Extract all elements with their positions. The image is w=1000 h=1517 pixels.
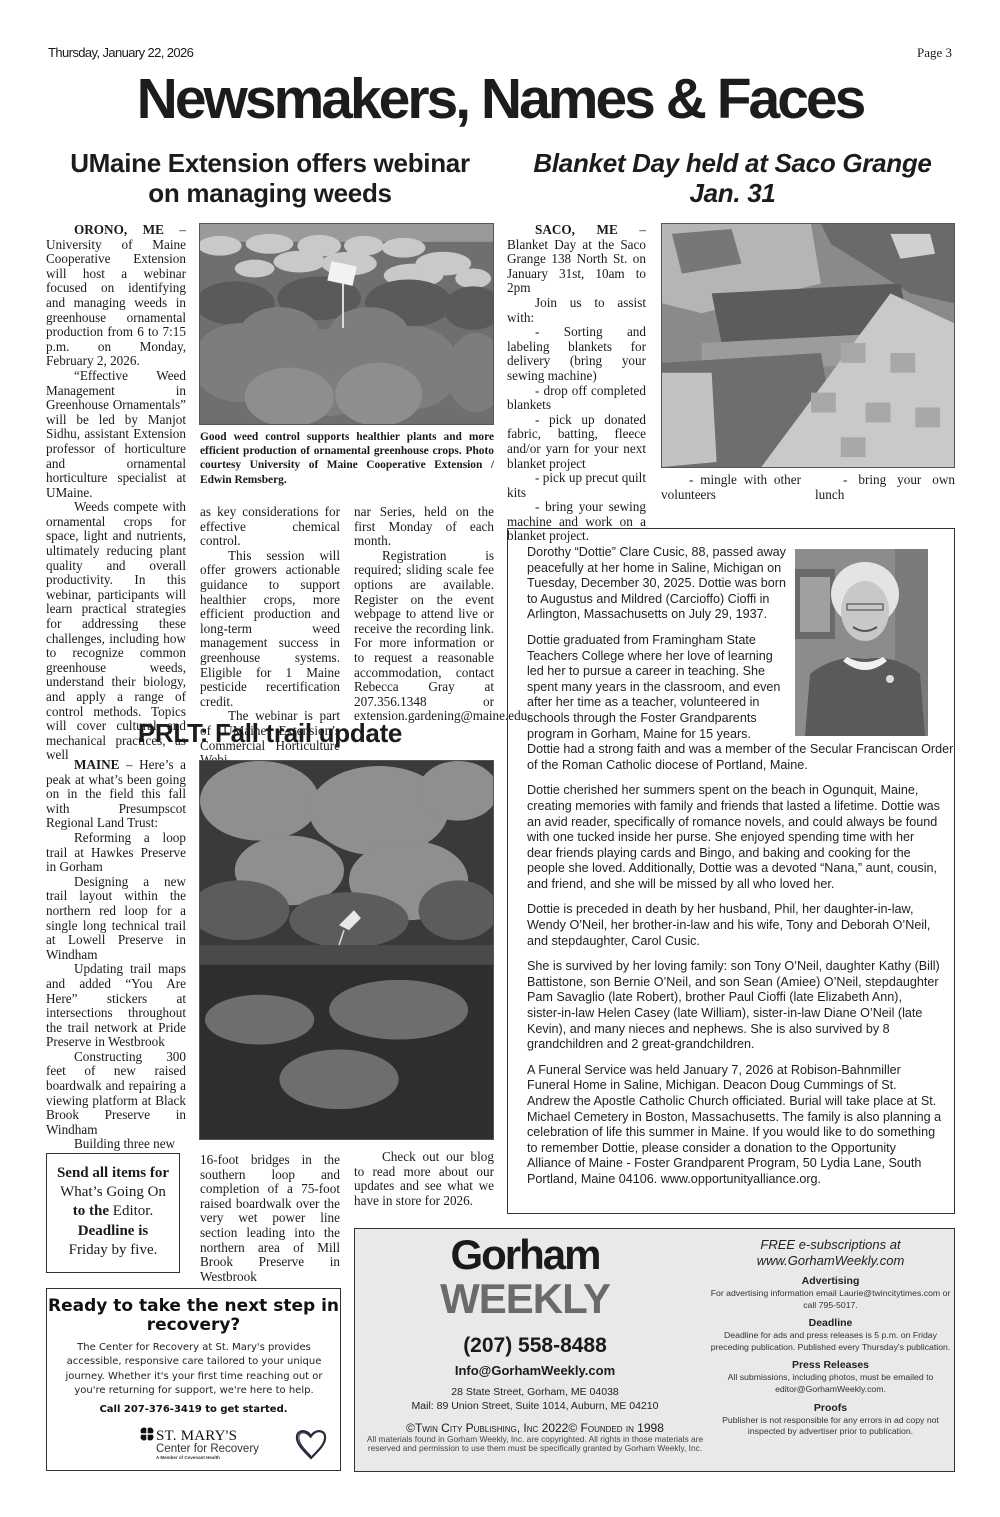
gorham-weekly-rights: All materials found in Gorham Weekly, In… [355,1435,715,1454]
greenhouse-mums-photo [199,223,494,425]
deadline-heading: Deadline [708,1317,953,1330]
prlt-item: Reforming a loop trail at Hawkes Preserv… [46,831,186,875]
prlt-closing: Check out our blog to read more about ou… [354,1150,494,1208]
advertising-text: For advertising information email Laurie… [708,1288,953,1311]
submission-line-4: Deadline is [47,1222,179,1241]
obituary-paragraph-2: Dottie graduated from Framingham State T… [527,633,789,742]
gorham-weekly-address: 28 State Street, Gorham, ME 04038 [355,1386,715,1398]
proofs-heading: Proofs [708,1402,953,1415]
gorham-weekly-copyright: ©Twin City Publishing, Inc 2022© Founded… [355,1421,715,1435]
prlt-dateline: MAINE [74,757,119,772]
umaine-paragraph-3-continued: as key considerations for effective chem… [200,505,340,549]
photo-image [200,224,493,424]
press-releases-heading: Press Releases [708,1359,953,1372]
recovery-ad-title: Ready to take the next step in recovery? [47,1297,340,1335]
submission-line-1: Send all items for [47,1164,179,1183]
umaine-headline-line1: UMaine Extension offers webinar [40,148,500,178]
umaine-paragraph-2: “Effective Weed Management in Greenhouse… [46,369,186,500]
prlt-column-3: Check out our blog to read more about ou… [354,1150,494,1208]
blanket-item-lunch: - bring your own lunch [815,473,955,502]
obituary-paragraph-5b: sister-in-law Helen Casey (late William)… [527,1006,942,1053]
blanket-paragraph-2: Join us to assist with: [507,296,646,325]
st-marys-recovery-ad[interactable]: Ready to take the next step in recovery?… [46,1288,341,1471]
quilts-photo [661,223,955,468]
umaine-column-1: ORONO, ME – University of Maine Cooperat… [46,223,186,763]
umaine-dateline: ORONO, ME [74,222,164,237]
prlt-item: Constructing 300 feet of new raised boar… [46,1050,186,1138]
prlt-column-1: MAINE – Here’s a peak at what’s been goi… [46,758,186,1152]
obituary-paragraph-4: Dottie is preceded in death by her husba… [527,902,942,949]
gorham-weekly-info-box: Gorham WEEKLY (207) 558-8488 Info@Gorham… [354,1228,955,1472]
submission-line-2: What’s Going On [47,1183,179,1202]
page-number: Page 3 [917,45,952,61]
section-masthead: Newsmakers, Names & Faces [0,66,1000,132]
blanket-item: - pick up donated fabric, batting, fleec… [507,413,646,471]
umaine-paragraph-6: Registration is required; sliding scale … [354,549,494,724]
prlt-column-2: 16-foot bridges in the southern loop and… [200,1153,340,1284]
obituary-paragraph-2b: Dottie had a strong faith and was a memb… [527,742,957,773]
subscription-url: www.GorhamWeekly.com [708,1253,953,1269]
logo-subtitle: Center for Recovery [156,1443,260,1455]
proofs-text: Publisher is not responsible for any err… [708,1415,953,1438]
blanket-headline-line1: Blanket Day held at Saco Grange [500,148,965,178]
greenhouse-photo-caption: Good weed control supports healthier pla… [200,430,494,487]
logo-name: ST. MARY'S [156,1428,237,1444]
blanket-day-headline: Blanket Day held at Saco Grange Jan. 31 [500,148,965,208]
gorham-weekly-logo-bottom: WEEKLY [355,1276,695,1322]
gorham-weekly-logo-top: Gorham [355,1232,695,1278]
umaine-headline-line2: on managing weeds [40,178,500,208]
gorham-weekly-mail-address: Mail: 89 Union Street, Suite 1014, Aubur… [355,1400,715,1412]
gorham-weekly-policies: FREE e-subscriptions at www.GorhamWeekly… [708,1237,953,1438]
heart-icon [294,1427,328,1461]
umaine-headline: UMaine Extension offers webinar on manag… [40,148,500,208]
heron-pond-photo [199,760,494,1140]
deadline-text: Deadline for ads and press releases is 5… [708,1330,953,1353]
blanket-dateline: SACO, ME [535,222,618,237]
blanket-item-mingle: - mingle with other volunteers [661,473,801,502]
logo-tagline: A Member of Covenant Health [156,1455,260,1460]
obituary-text: Dorothy “Dottie” Clare Cusic, 88, passed… [527,545,927,1198]
subscription-notice: FREE e-subscriptions at www.GorhamWeekly… [708,1237,953,1269]
submission-notice-box: Send all items for What’s Going On to th… [46,1153,180,1273]
blanket-item: - drop off completed blankets [507,384,646,413]
prlt-headline: PRLT: Fall trail update [40,718,500,748]
issue-date: Thursday, January 22, 2026 [48,45,193,60]
obituary-paragraph-5: She is survived by her loving family: so… [527,959,942,1006]
advertising-heading: Advertising [708,1275,953,1288]
obituary-paragraph-6: A Funeral Service was held January 7, 20… [527,1063,942,1188]
recovery-ad-phone: Call 207-376-3419 to get started. [47,1404,340,1415]
blanket-item: - Sorting and labeling blankets for deli… [507,325,646,383]
obituary-paragraph-1: Dorothy “Dottie” Clare Cusic, 88, passed… [527,545,789,623]
prlt-item-continued: 16-foot bridges in the southern loop and… [200,1153,340,1284]
photo-image [662,224,954,467]
blanket-day-column: SACO, ME – Blanket Day at the Saco Grang… [507,223,646,544]
press-releases-text: All submissions, including photos, must … [708,1372,953,1395]
prlt-item: Designing a new trail layout within the … [46,875,186,963]
blanket-item: - pick up precut quilt kits [507,471,646,500]
recovery-ad-body: The Center for Recovery at St. Mary's pr… [59,1341,329,1399]
gorham-weekly-phone: (207) 558-8488 [355,1334,715,1358]
submission-line-3b: Editor. [109,1203,153,1219]
photo-image [200,761,493,1139]
umaine-column-3: nar Series, held on the first Monday of … [354,505,494,724]
gorham-weekly-email: Info@GorhamWeekly.com [355,1363,715,1378]
umaine-paragraph-1: – University of Maine Cooperative Extens… [46,222,186,368]
quatrefoil-cross-icon [140,1427,154,1441]
prlt-item: Updating trail maps and added “You Are H… [46,962,186,1050]
submission-line-5: Friday by five. [47,1241,179,1260]
blanket-headline-line2: Jan. 31 [500,178,965,208]
umaine-paragraph-4: This session will offer growers actionab… [200,549,340,710]
submission-line-3a: to the [73,1203,109,1219]
st-marys-logo: ST. MARY'S Center for Recovery A Member … [140,1427,260,1460]
prlt-item: Building three new [46,1137,186,1152]
umaine-paragraph-5-continued: nar Series, held on the first Monday of … [354,505,494,549]
obituary-paragraph-3: Dottie cherished her summers spent on th… [527,783,942,892]
